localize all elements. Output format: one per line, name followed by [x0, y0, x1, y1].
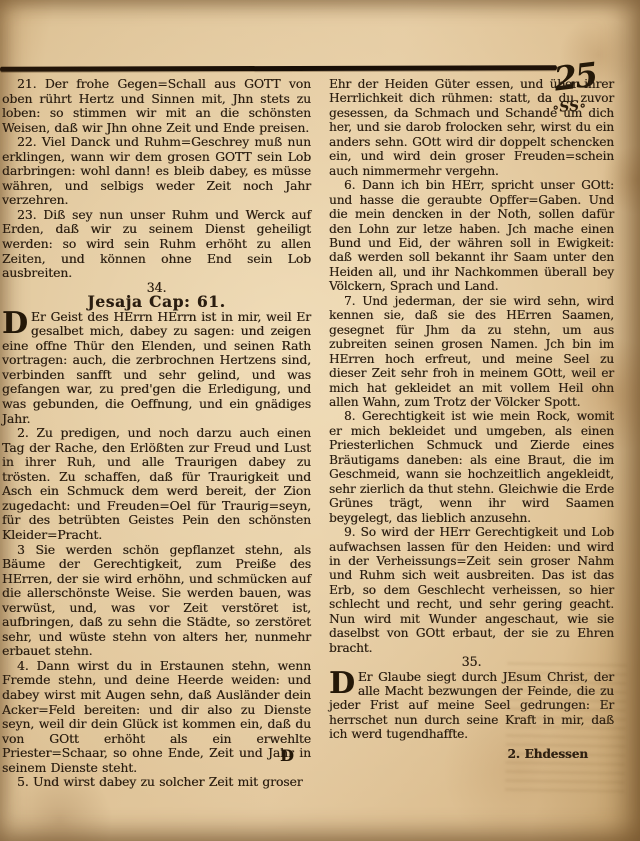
verse-2: 2. Zu predigen, und noch darzu auch eine…	[2, 426, 311, 542]
verse-8: 8. Gerechtigkeit ist wie mein Rock, womi…	[329, 409, 614, 525]
verse-22: 22. Viel Danck und Ruhm=Geschrey muß nun…	[2, 135, 311, 208]
section-title-jesaja: Jesaja Cap: 61.	[2, 295, 311, 310]
verse-7: 7. Und jederman, der sie wird sehn, wird…	[329, 294, 614, 410]
header-rule	[0, 65, 557, 71]
verse-5-start: 5. Und wirst dabey zu solcher Zeit mit g…	[2, 775, 311, 790]
signature-mark: D	[280, 746, 294, 765]
verse-1-text: Er Geist des HErrn HErrn ist in mir, wei…	[2, 309, 311, 426]
dropcap-initial: D	[329, 671, 355, 696]
left-text-column: 21. Der frohe Gegen=Schall aus GOTT von …	[2, 77, 311, 790]
catchword: 2. Ehdessen	[329, 747, 614, 761]
verse-23: 23. Diß sey nun unser Ruhm und Werck auf…	[2, 208, 311, 281]
verse-21: 21. Der frohe Gegen=Schall aus GOTT von …	[2, 77, 311, 135]
section-number-35: 35.	[329, 655, 614, 669]
verse-1: DEr Geist des HErrn HErrn ist in mir, we…	[2, 310, 311, 426]
verse-9: 9. So wird der HErr Gerechtigkeit und Lo…	[329, 525, 614, 655]
verse-35: DEr Glaube siegt durch JEsum Christ, der…	[329, 670, 614, 742]
verse-6: 6. Dann ich bin HErr, spricht unser GOtt…	[329, 178, 614, 294]
right-text-column: Ehr der Heiden Güter essen, und über ihr…	[329, 77, 614, 761]
verse-3: 3 Sie werden schön gepflanzet stehn, als…	[2, 543, 311, 659]
verse-4: 4. Dann wirst du in Erstaunen stehn, wen…	[2, 659, 311, 775]
dropcap-initial: D	[2, 311, 28, 336]
verse-35-text: Er Glaube siegt durch JEsum Christ, der …	[329, 670, 614, 742]
scanned-book-page: 25 ∘SS∘ 21. Der frohe Gegen=Schall aus G…	[0, 0, 640, 841]
verse-5-continuation: Ehr der Heiden Güter essen, und über ihr…	[329, 77, 614, 178]
